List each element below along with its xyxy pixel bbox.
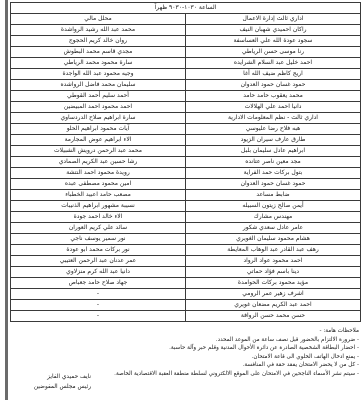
right-cell: سجود عودة الله علي العساسفة [186, 36, 361, 47]
table-row: مؤيد محمود بركات الحوامدةجهاد صلاح حامد … [11, 278, 361, 289]
left-cell: سارة ابراهيم صلاح الدردساوي [11, 113, 186, 124]
left-cell: مجدي قاسم محمد البطوش [11, 47, 186, 58]
table-row: اريج كاظم ضيف الله أغاوجيه محمود عبد الل… [11, 69, 361, 80]
table-row: أيمن صالح زيتون السبيلهنسيبة مشهور ابراه… [11, 201, 361, 212]
note-item: - كل من لا يحضر الامتحان يفقد حقة في الم… [9, 361, 359, 370]
right-cell: احمد خليل عبد السلام الشرايده [186, 58, 361, 69]
page-margin-rule [5, 0, 8, 400]
right-cell: ابراهيم عادل سليمان بلبل [186, 146, 361, 157]
table-row: مهندس مشاركالاء خالد احمد جودة [11, 212, 361, 223]
candidates-table: الساعة ١٠٣٠-٩٠٣٠ ظهراً اداري ثالث إدارة … [10, 2, 361, 322]
right-cell: ضابط مساعد [186, 190, 361, 201]
right-cell: مؤيد محمود بركات الحوامدة [186, 278, 361, 289]
left-cell: احمد محمود احمد المبيضين [11, 102, 186, 113]
left-cell: الاء خالد احمد جودة [11, 212, 186, 223]
left-cell: جهاد صلاح حامد جعباص [11, 278, 186, 289]
right-cell: حسن محمد حسن الروافة [186, 311, 361, 322]
right-cell: احمد محمود عواد الرواد [186, 256, 361, 267]
table-row: اشرف زهير عمر الرومي- [11, 289, 361, 300]
table-row: حمود غسان حمود العدوانامين محمود مصطفى ع… [11, 179, 361, 190]
table-row: طارق عارف سيران الزيودالاء ابراهيم عوض ا… [11, 135, 361, 146]
table-row: اداري ثالث - نظم المعلومات الاداريةسارة … [11, 113, 361, 124]
left-cell: نور بركات محمد ابو عودة [11, 245, 186, 256]
table-row: اداري ثالث إدارة الاعمالمحلل مالي [11, 14, 361, 25]
table-row: دانيا احمد علي الهلالاتاحمد محمود احمد ا… [11, 102, 361, 113]
right-cell: أيمن صالح زيتون السبيله [186, 201, 361, 212]
left-cell: روان خالد كريم الحجوج [11, 36, 186, 47]
table-row: هشام محمود سليمان الغويرينور سمير يوسف ن… [11, 234, 361, 245]
note-item: - ضرورة الالتزام بالحضور قبل نصف ساعة من… [9, 336, 359, 345]
right-cell: هشام محمود سليمان الغويري [186, 234, 361, 245]
table-row: احمد خليل عبد السلام الشرايدهسارة محمود … [11, 58, 361, 69]
right-cell: محمد يعقوب حامد حامد [186, 91, 361, 102]
left-cell: عمر عدنان عبد الرحمن العتيبي [11, 256, 186, 267]
right-cell: حمود غسان حمود العدوان [186, 80, 361, 91]
table-row: رنا موسى حسن الرياطيمجدي قاسم محمد البطو… [11, 47, 361, 58]
signatory-title: رئيس مجلس المفوضين [11, 382, 91, 392]
table-row: رهف عبد القادر عبد الوهاب المعايطةنور بر… [11, 245, 361, 256]
table-row: بتول بركات حمد الفرايةرويدة محمود احمد ا… [11, 168, 361, 179]
right-cell: اشرف زهير عمر الرومي [186, 289, 361, 300]
left-cell: - [11, 300, 186, 311]
left-cell: - [11, 311, 186, 322]
table-row: محمد يعقوب حامد حامدأحمد سليم أحمد القوط… [11, 91, 361, 102]
left-cell: سارة محمود محمد الرياطي [11, 58, 186, 69]
table-row: عامر عادل سعدي شكورسائد علي كريم العوران [11, 223, 361, 234]
table-row: سجود عودة الله علي العساسفةروان خالد كري… [11, 36, 361, 47]
left-cell: نور سمير يوسف ناجي [11, 234, 186, 245]
table-row: راكان احميدي شهبان النيفمحمد عبد الله رش… [11, 25, 361, 36]
left-cell: رويدة محمود احمد النتشة [11, 168, 186, 179]
table-row: مجد معين ناصر عتاندهرشا حسين عبد الكريم … [11, 157, 361, 168]
table-row: حمود غسان حمود العدوانسليمان محمد فاضل ا… [11, 80, 361, 91]
left-cell: أحمد سليم أحمد القوطي [11, 91, 186, 102]
right-cell: مهندس مشارك [186, 212, 361, 223]
notes-title: ملاحظات هامة: - [9, 327, 359, 336]
note-item: - احضار البطاقة الشخصية الصادرة عن دائرة… [9, 344, 359, 353]
left-cell: - [11, 289, 186, 300]
right-cell: اداري ثالث إدارة الاعمال [186, 14, 361, 25]
session-header-row: الساعة ١٠٣٠-٩٠٣٠ ظهراً [11, 3, 361, 14]
left-cell: محمد عبد الرحمن درويش الشبيلات [11, 146, 186, 157]
left-cell: سائد علي كريم العوران [11, 223, 186, 234]
left-cell: الاء ابراهيم عوض المجارمة [11, 135, 186, 146]
signatory-name: نايف حميدي الفايز [11, 372, 91, 382]
right-cell: احمد عبد الكريم مضعان غويري [186, 300, 361, 311]
left-cell: وجيه محمود عبد الله الواجدة [11, 69, 186, 80]
left-cell: محمد عبد الله رشيد الرواشدة [11, 25, 186, 36]
table-row: ابراهيم عادل سليمان بلبلمحمد عبد الرحمن … [11, 146, 361, 157]
right-cell: دينا باسم فؤاد حماتي [186, 267, 361, 278]
left-cell: رشا حسين عبد الكريم الصمادي [11, 157, 186, 168]
right-cell: رهف عبد القادر عبد الوهاب المعايطة [186, 245, 361, 256]
right-cell: اريج كاظم ضيف الله أغا [186, 69, 361, 80]
table-row: احمد محمود عواد الروادعمر عدنان عبد الرح… [11, 256, 361, 267]
right-cell: حمود غسان حمود العدوان [186, 179, 361, 190]
table-row: حسن محمد حسن الروافة- [11, 311, 361, 322]
table-row: احمد عبد الكريم مضعان غويري- [11, 300, 361, 311]
right-cell: مجد معين ناصر عتانده [186, 157, 361, 168]
left-cell: مصعب حامد اعبيد الخطباء [11, 190, 186, 201]
left-cell: آيات محمود ابراهيم الحلو [11, 124, 186, 135]
note-item: - يمنع ادخال الهاتف الخلوي الى قاعة الام… [9, 353, 359, 362]
right-cell: دانيا احمد علي الهلالات [186, 102, 361, 113]
right-cell: طارق عارف سيران الزيود [186, 135, 361, 146]
left-cell: امين محمود مصطفى عبده [11, 179, 186, 190]
right-cell: عامر عادل سعدي شكور [186, 223, 361, 234]
right-cell: اداري ثالث - نظم المعلومات الادارية [186, 113, 361, 124]
right-cell: رنا موسى حسن الرياطي [186, 47, 361, 58]
right-cell: بتول بركات حمد الفراية [186, 168, 361, 179]
left-cell: نسيبة مشهور ابراهيم الذنيبات [11, 201, 186, 212]
table-row: هبه فلاح رضا عليوسيآيات محمود ابراهيم ال… [11, 124, 361, 135]
left-cell: دانيا عبد الله كرم منزلاوي [11, 267, 186, 278]
important-notes: ملاحظات هامة: - - ضرورة الالتزام بالحضور… [9, 327, 359, 379]
table-row: ضابط مساعدمصعب حامد اعبيد الخطباء [11, 190, 361, 201]
signature-block: نايف حميدي الفايز رئيس مجلس المفوضين [11, 372, 91, 392]
table-row: دينا باسم فؤاد حماتيدانيا عبد الله كرم م… [11, 267, 361, 278]
left-cell: محلل مالي [11, 14, 186, 25]
right-cell: هبه فلاح رضا عليوسي [186, 124, 361, 135]
left-cell: سليمان محمد فاضل الرواشده [11, 80, 186, 91]
session-header: الساعة ١٠٣٠-٩٠٣٠ ظهراً [11, 3, 361, 14]
right-cell: راكان احميدي شهبان النيف [186, 25, 361, 36]
